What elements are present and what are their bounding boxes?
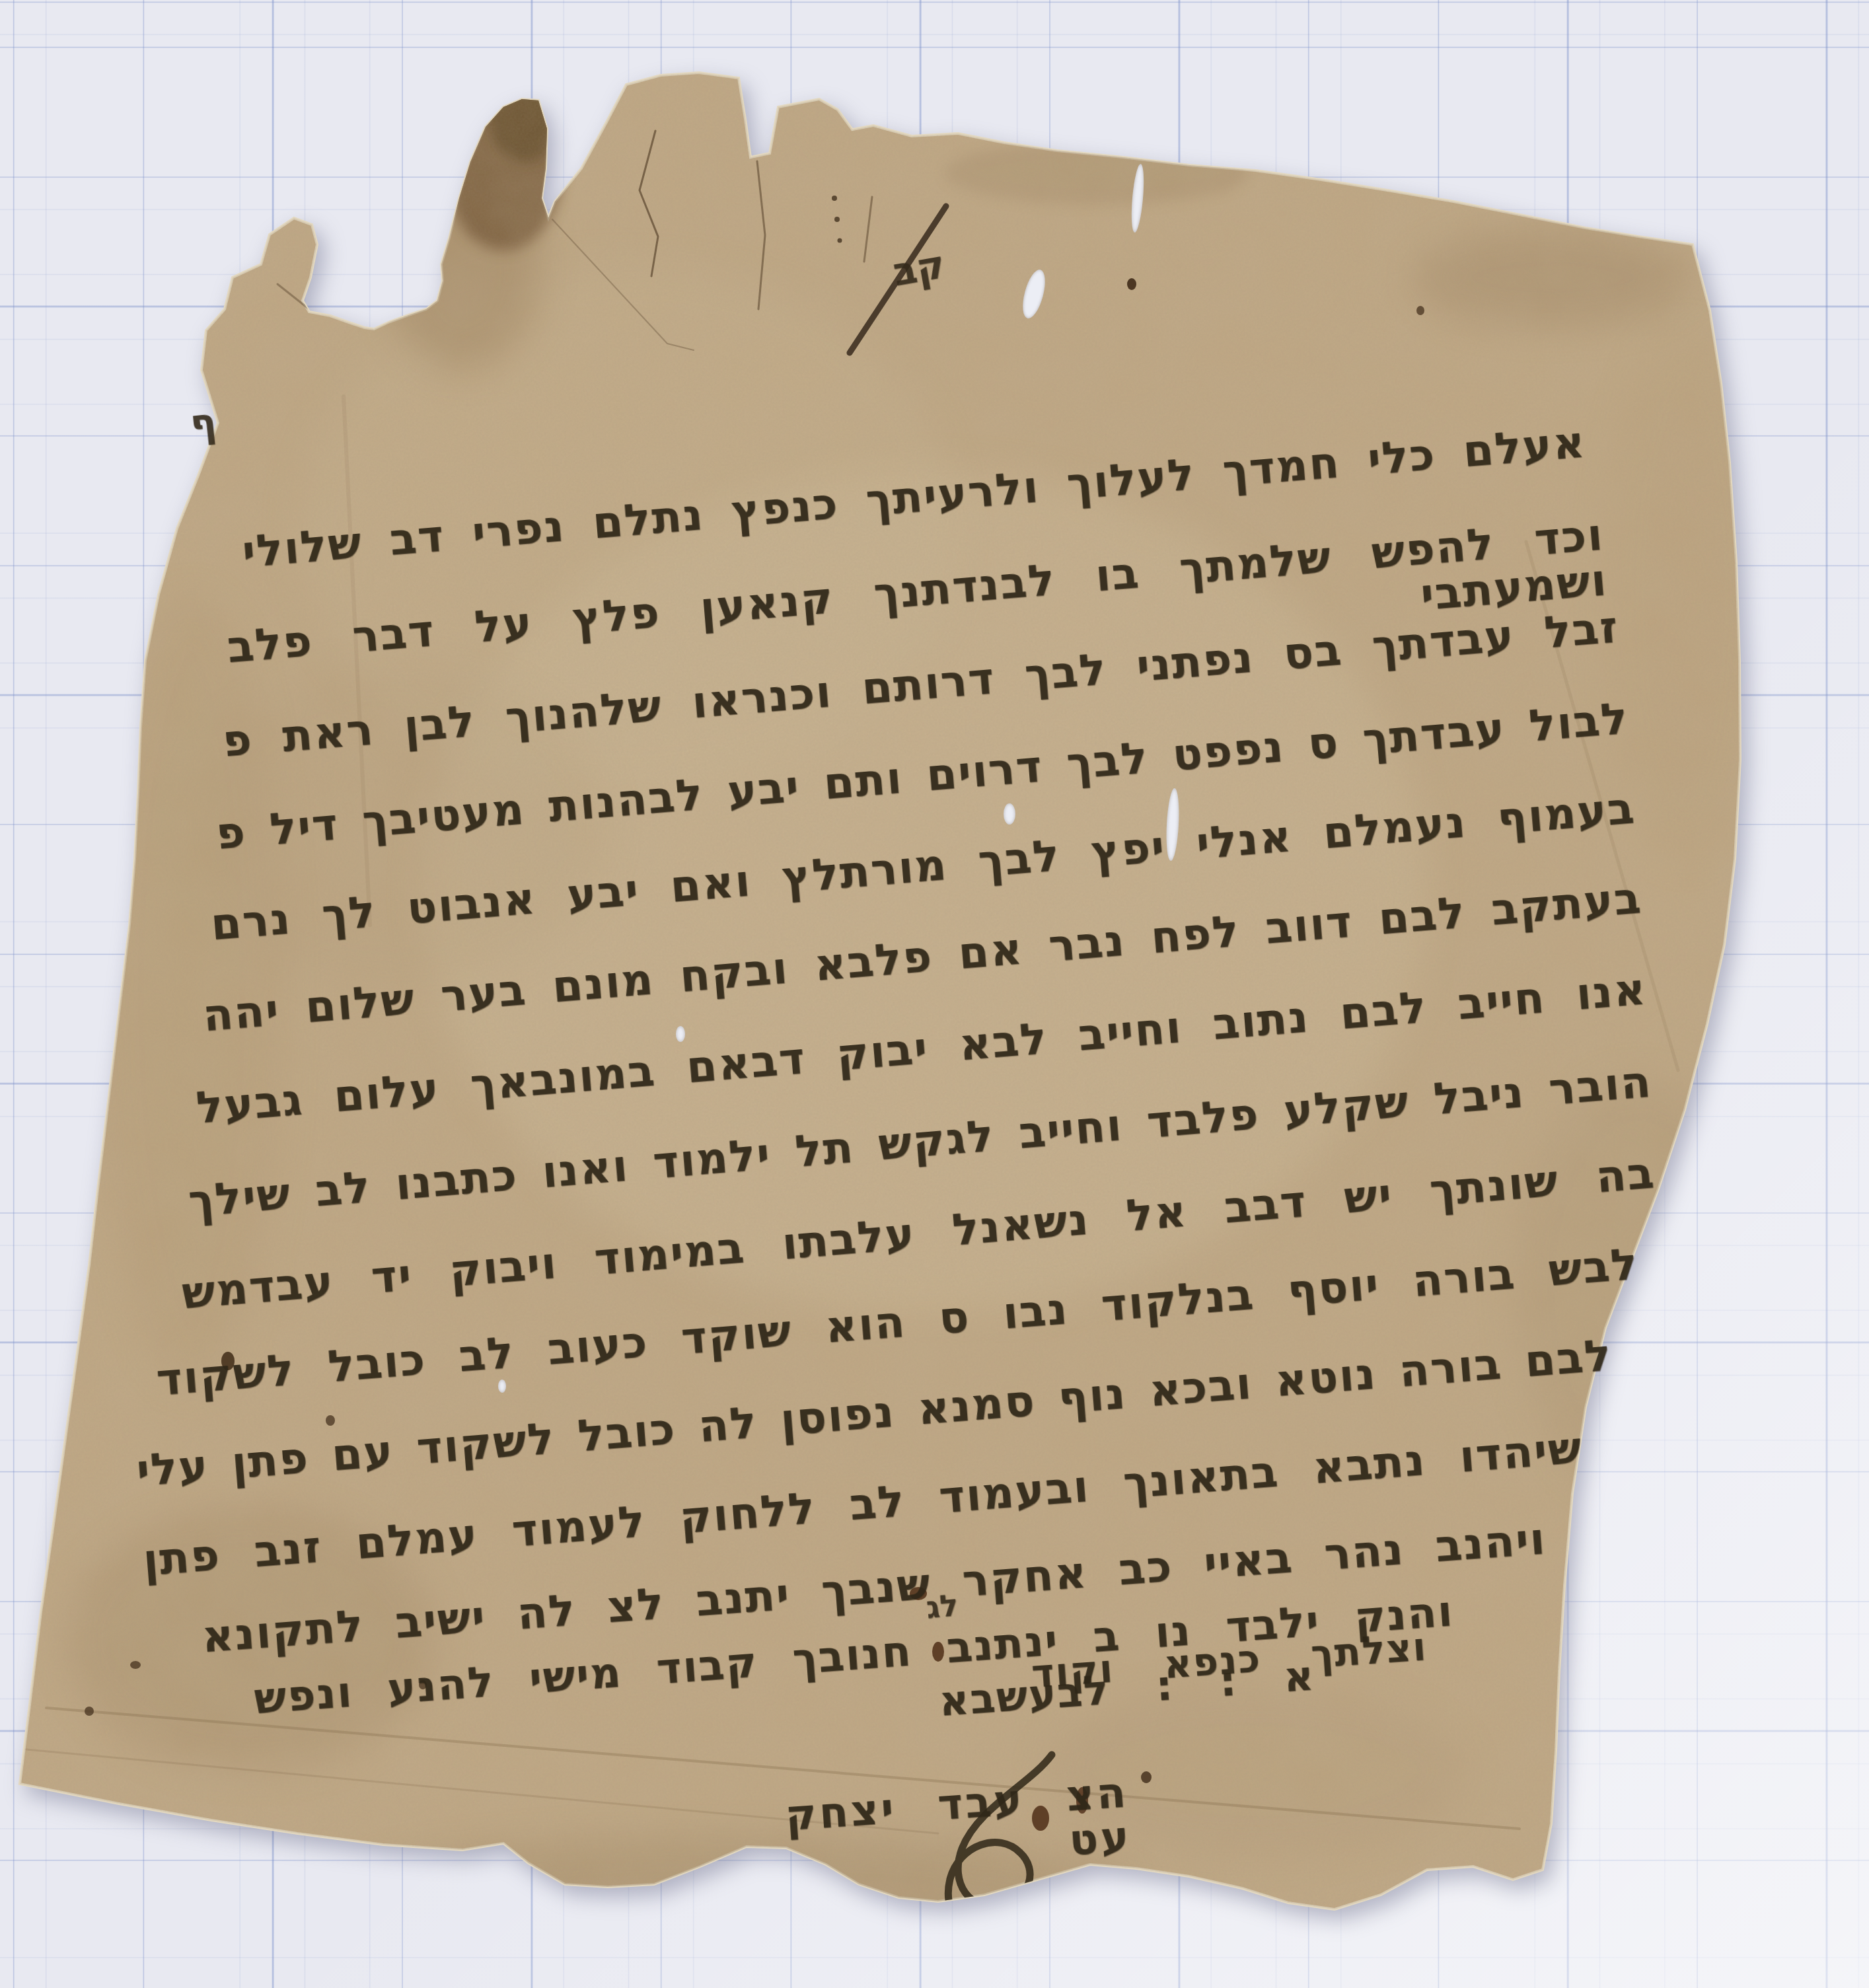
signature-line: הצ עבד יצחק עט (784, 1771, 1133, 1883)
paper-hole (498, 1380, 506, 1393)
manuscript-text-layer: אעלם כלי חמדך לעלוך ולרעיתך כנפץ נתלם נפ… (0, 0, 1869, 1988)
paper-hole (1004, 803, 1015, 825)
manuscript-scan: אעלם כלי חמדך לעלוך ולרעיתך כנפץ נתלם נפ… (0, 0, 1869, 1988)
paper-hole (676, 1026, 685, 1042)
marginal-mark: קב (890, 242, 949, 295)
marginal-mark: לג (925, 1587, 960, 1625)
marginal-mark: ף (188, 399, 219, 447)
